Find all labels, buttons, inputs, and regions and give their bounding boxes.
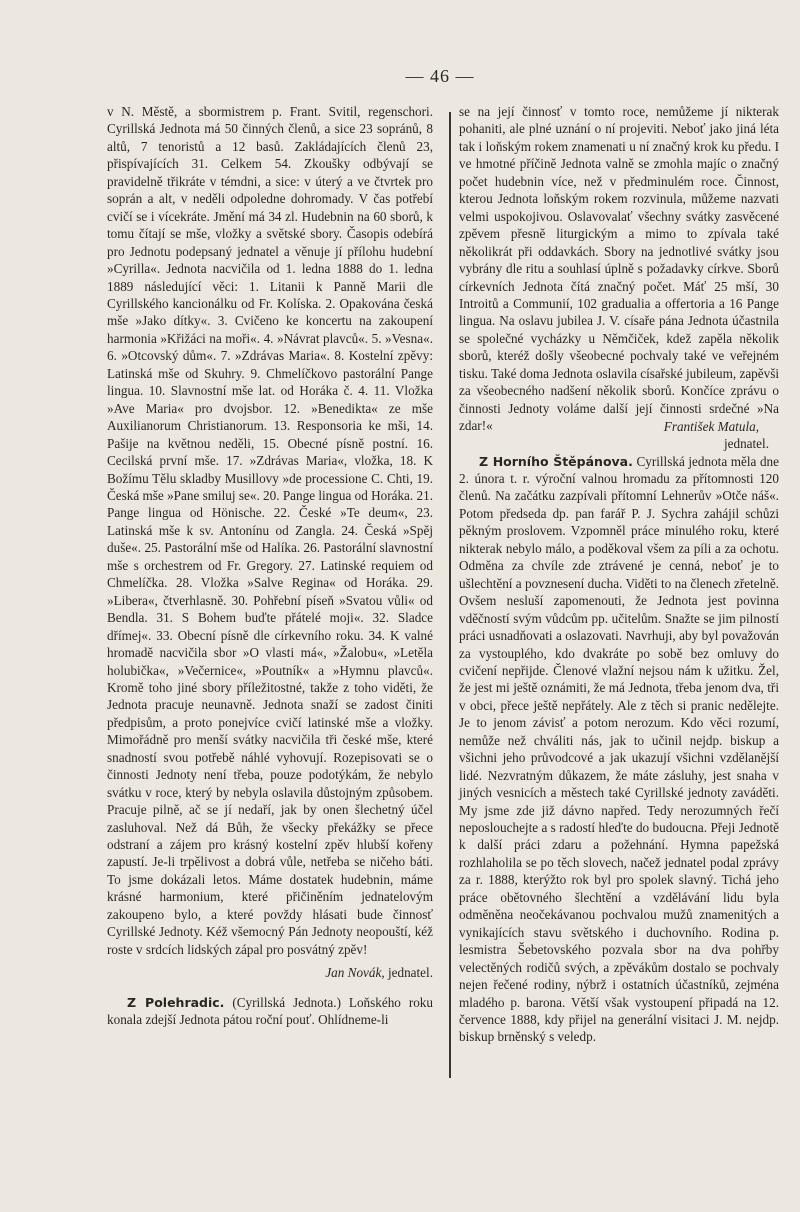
section-text: Cyrillská jednota měla dne 2. února t. r…	[459, 454, 779, 1045]
signature-role: jednatel.	[459, 435, 769, 452]
signature-role: , jednatel.	[381, 965, 433, 980]
signature-name: František Matula,	[664, 419, 759, 434]
left-column: v N. Městě, a sbormistrem p. Frant. Svit…	[107, 103, 433, 1029]
signature-jan-novak: Jan Novák, jednatel.	[107, 964, 433, 981]
report-paragraph: se na její činnosť v tomto roce, nemůžem…	[459, 103, 779, 435]
section-polehradice: Z Polehradic. (Cyrillská Jednota.) Loňsk…	[107, 994, 433, 1029]
right-column: se na její činnosť v tomto roce, nemůžem…	[459, 103, 779, 1046]
section-heading: Z Polehradic.	[127, 995, 224, 1010]
section-horni-stepanov: Z Horního Štěpánova. Cyrillská jednota m…	[459, 453, 779, 1046]
report-paragraph: v N. Městě, a sbormistrem p. Frant. Svit…	[107, 103, 433, 958]
section-heading: Z Horního Štěpánova.	[479, 454, 633, 469]
signature-frantisek-matula: František Matula,	[459, 418, 759, 435]
signature-name: Jan Novák	[325, 965, 381, 980]
page-number: — 46 —	[400, 66, 480, 87]
column-divider	[449, 112, 451, 1078]
